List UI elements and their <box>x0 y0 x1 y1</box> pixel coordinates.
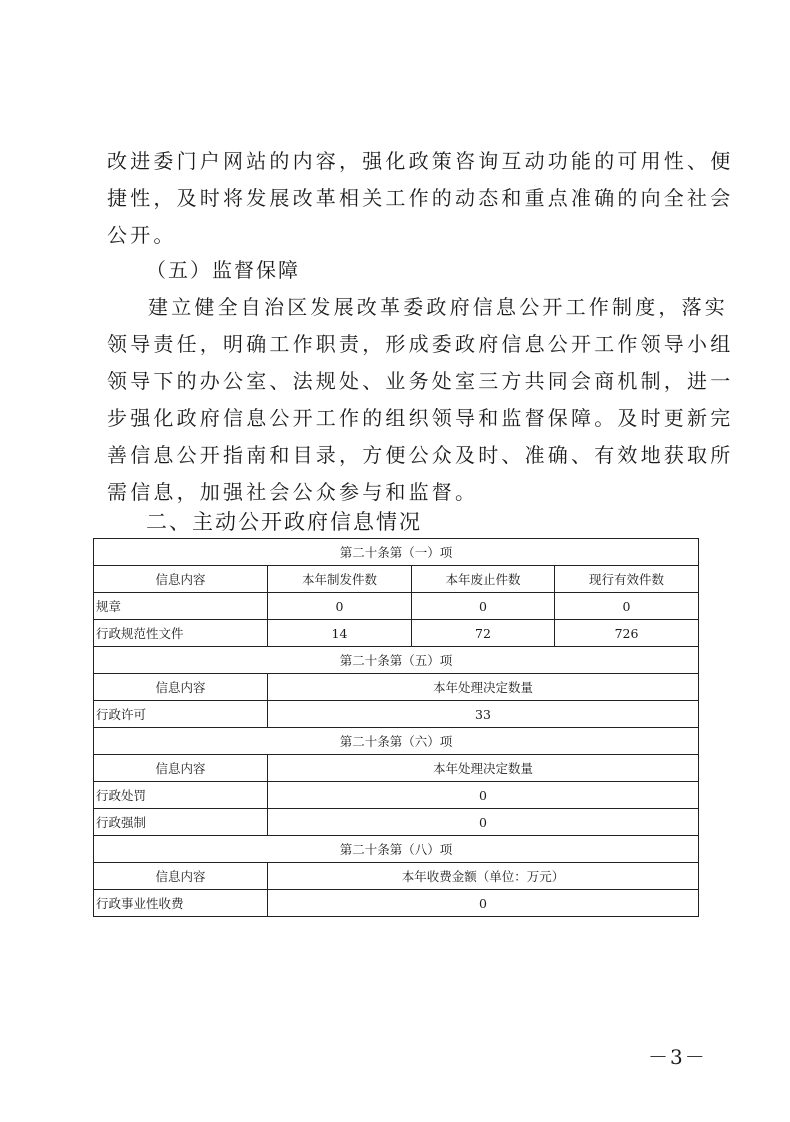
cell-value: 0 <box>268 809 699 836</box>
section-title-row: 第二十条第（八）项 <box>94 836 699 863</box>
row-label: 行政处罚 <box>94 782 268 809</box>
text-line: 领导下的办公室、法规处、业务处室三方共同会商机制，进一 <box>107 363 692 400</box>
column-header: 信息内容 <box>94 755 268 782</box>
text-line: 步强化政府信息公开工作的组织领导和监督保障。及时更新完 <box>107 400 692 437</box>
table-row: 行政强制 0 <box>94 809 699 836</box>
text-line: 捷性，及时将发展改革相关工作的动态和重点准确的向全社会 <box>107 180 692 217</box>
section-title: 第二十条第（六）项 <box>94 728 699 755</box>
paragraph-supervision: 建立健全自治区发展改革委政府信息公开工作制度，落实 领导责任，明确工作职责，形成… <box>107 289 692 511</box>
section-title: 第二十条第（五）项 <box>94 647 699 674</box>
column-header: 现行有效件数 <box>555 566 699 593</box>
section-title-row: 第二十条第（六）项 <box>94 728 699 755</box>
table-row: 行政许可 33 <box>94 701 699 728</box>
text-line: 改进委门户网站的内容，强化政策咨询互动功能的可用性、便 <box>107 143 692 180</box>
cell-value: 0 <box>268 890 699 917</box>
header-row: 信息内容 本年收费金额（单位：万元） <box>94 863 699 890</box>
text-line: 公开。 <box>107 217 692 254</box>
text-line: 善信息公开指南和目录，方便公众及时、准确、有效地获取所 <box>107 437 692 474</box>
row-label: 行政规范性文件 <box>94 620 268 647</box>
cell-value: 72 <box>412 620 555 647</box>
column-header: 本年收费金额（单位：万元） <box>268 863 699 890</box>
section-heading-supervision: （五）监督保障 <box>146 252 300 289</box>
row-label: 行政强制 <box>94 809 268 836</box>
section-heading-proactive-disclosure: 二、主动公开政府信息情况 <box>146 506 422 538</box>
paragraph-website-content: 改进委门户网站的内容，强化政策咨询互动功能的可用性、便 捷性，及时将发展改革相关… <box>107 143 692 254</box>
section-title: 第二十条第（八）项 <box>94 836 699 863</box>
page-number: －3－ <box>648 1041 707 1070</box>
cell-value: 0 <box>268 593 412 620</box>
header-row: 信息内容 本年处理决定数量 <box>94 674 699 701</box>
column-header: 信息内容 <box>94 863 268 890</box>
disclosure-table: 第二十条第（一）项 信息内容 本年制发件数 本年废止件数 现行有效件数 规章 0… <box>93 538 699 917</box>
row-label: 行政许可 <box>94 701 268 728</box>
column-header: 本年废止件数 <box>412 566 555 593</box>
column-header: 信息内容 <box>94 566 268 593</box>
cell-value: 0 <box>412 593 555 620</box>
column-header: 本年处理决定数量 <box>268 755 699 782</box>
column-header: 信息内容 <box>94 674 268 701</box>
header-row: 信息内容 本年制发件数 本年废止件数 现行有效件数 <box>94 566 699 593</box>
table-row: 行政事业性收费 0 <box>94 890 699 917</box>
table-row: 行政处罚 0 <box>94 782 699 809</box>
cell-value: 0 <box>555 593 699 620</box>
column-header: 本年制发件数 <box>268 566 412 593</box>
table-row: 规章 0 0 0 <box>94 593 699 620</box>
cell-value: 14 <box>268 620 412 647</box>
text-line: 领导责任，明确工作职责，形成委政府信息公开工作领导小组 <box>107 326 692 363</box>
column-header: 本年处理决定数量 <box>268 674 699 701</box>
table-row: 行政规范性文件 14 72 726 <box>94 620 699 647</box>
section-title-row: 第二十条第（一）项 <box>94 539 699 566</box>
cell-value: 0 <box>268 782 699 809</box>
section-title: 第二十条第（一）项 <box>94 539 699 566</box>
cell-value: 33 <box>268 701 699 728</box>
section-title-row: 第二十条第（五）项 <box>94 647 699 674</box>
cell-value: 726 <box>555 620 699 647</box>
text-line: 建立健全自治区发展改革委政府信息公开工作制度，落实 <box>107 289 692 326</box>
row-label: 行政事业性收费 <box>94 890 268 917</box>
row-label: 规章 <box>94 593 268 620</box>
header-row: 信息内容 本年处理决定数量 <box>94 755 699 782</box>
